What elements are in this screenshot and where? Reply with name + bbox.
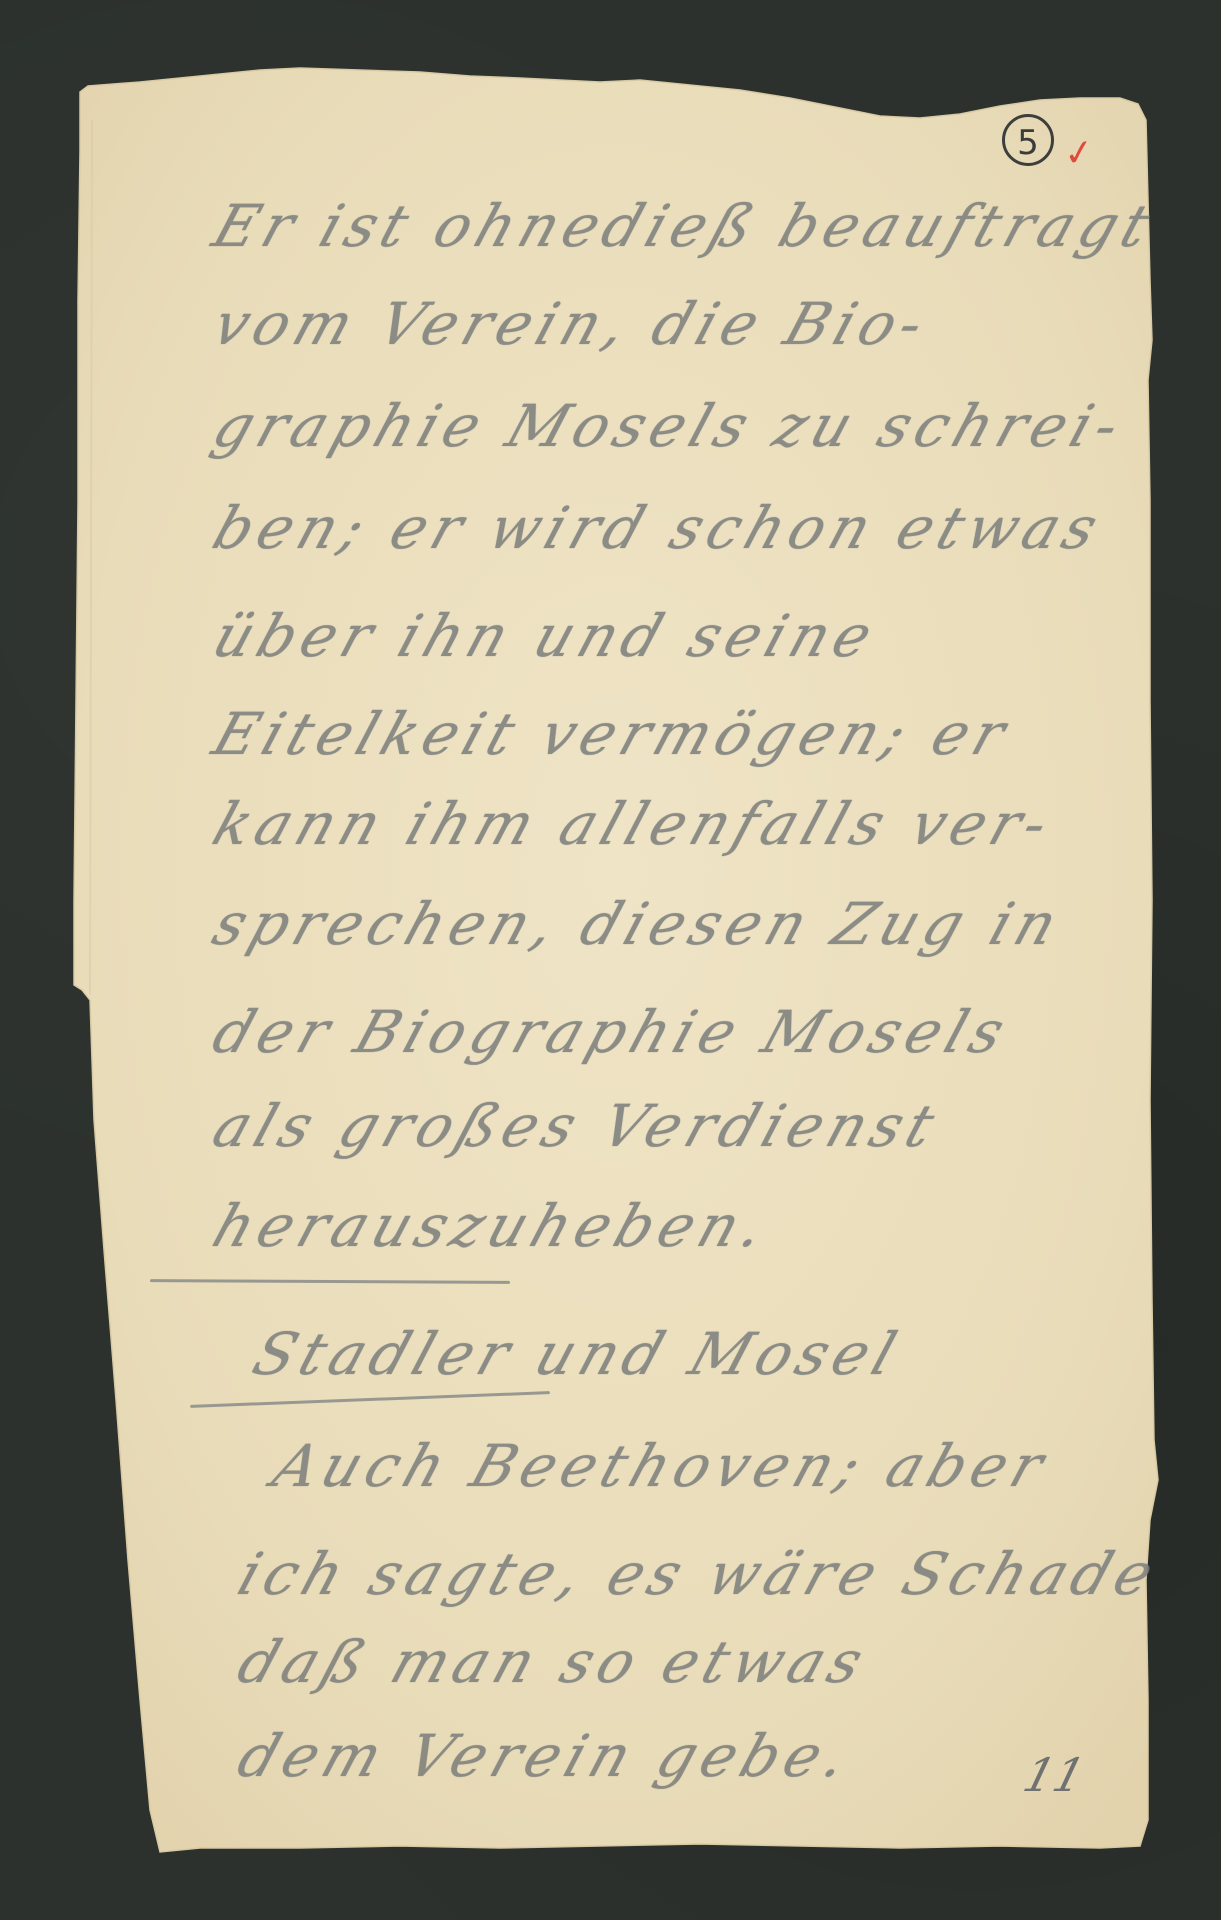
text-line-8: sprechen, diesen Zug in <box>205 890 1071 958</box>
text-line-7: kann ihm allenfalls ver- <box>205 790 1062 858</box>
text-line-11: herauszuheben. <box>205 1192 779 1260</box>
manuscript-paper: 5 ✓ Er ist ohnedieß beauftragt vom Verei… <box>0 0 1221 1920</box>
red-check-mark: ✓ <box>1061 131 1097 176</box>
text-line-15: daß man so etwas <box>230 1628 877 1696</box>
text-line-2: vom Verein, die Bio- <box>205 290 938 358</box>
text-line-4: ben; er wird schon etwas <box>205 494 1112 562</box>
text-line-6: Eitelkeit vermögen; er <box>205 700 1020 768</box>
text-line-10: als großes Verdienst <box>205 1092 949 1160</box>
text-line-13: Auch Beethoven; aber <box>265 1432 1058 1500</box>
folio-number-circled: 5 <box>1002 114 1054 166</box>
text-line-9: der Biographie Mosels <box>205 998 1019 1066</box>
text-line-14: ich sagte, es wäre Schade <box>230 1540 1168 1608</box>
text-line-3: graphie Mosels zu schrei- <box>205 392 1134 460</box>
section-heading: Stadler und Mosel <box>245 1320 910 1388</box>
text-line-16: dem Verein gebe. <box>230 1722 862 1790</box>
text-line-1: Er ist ohnedieß beauftragt <box>205 192 1164 260</box>
text-line-5: über ihn und seine <box>205 602 886 670</box>
